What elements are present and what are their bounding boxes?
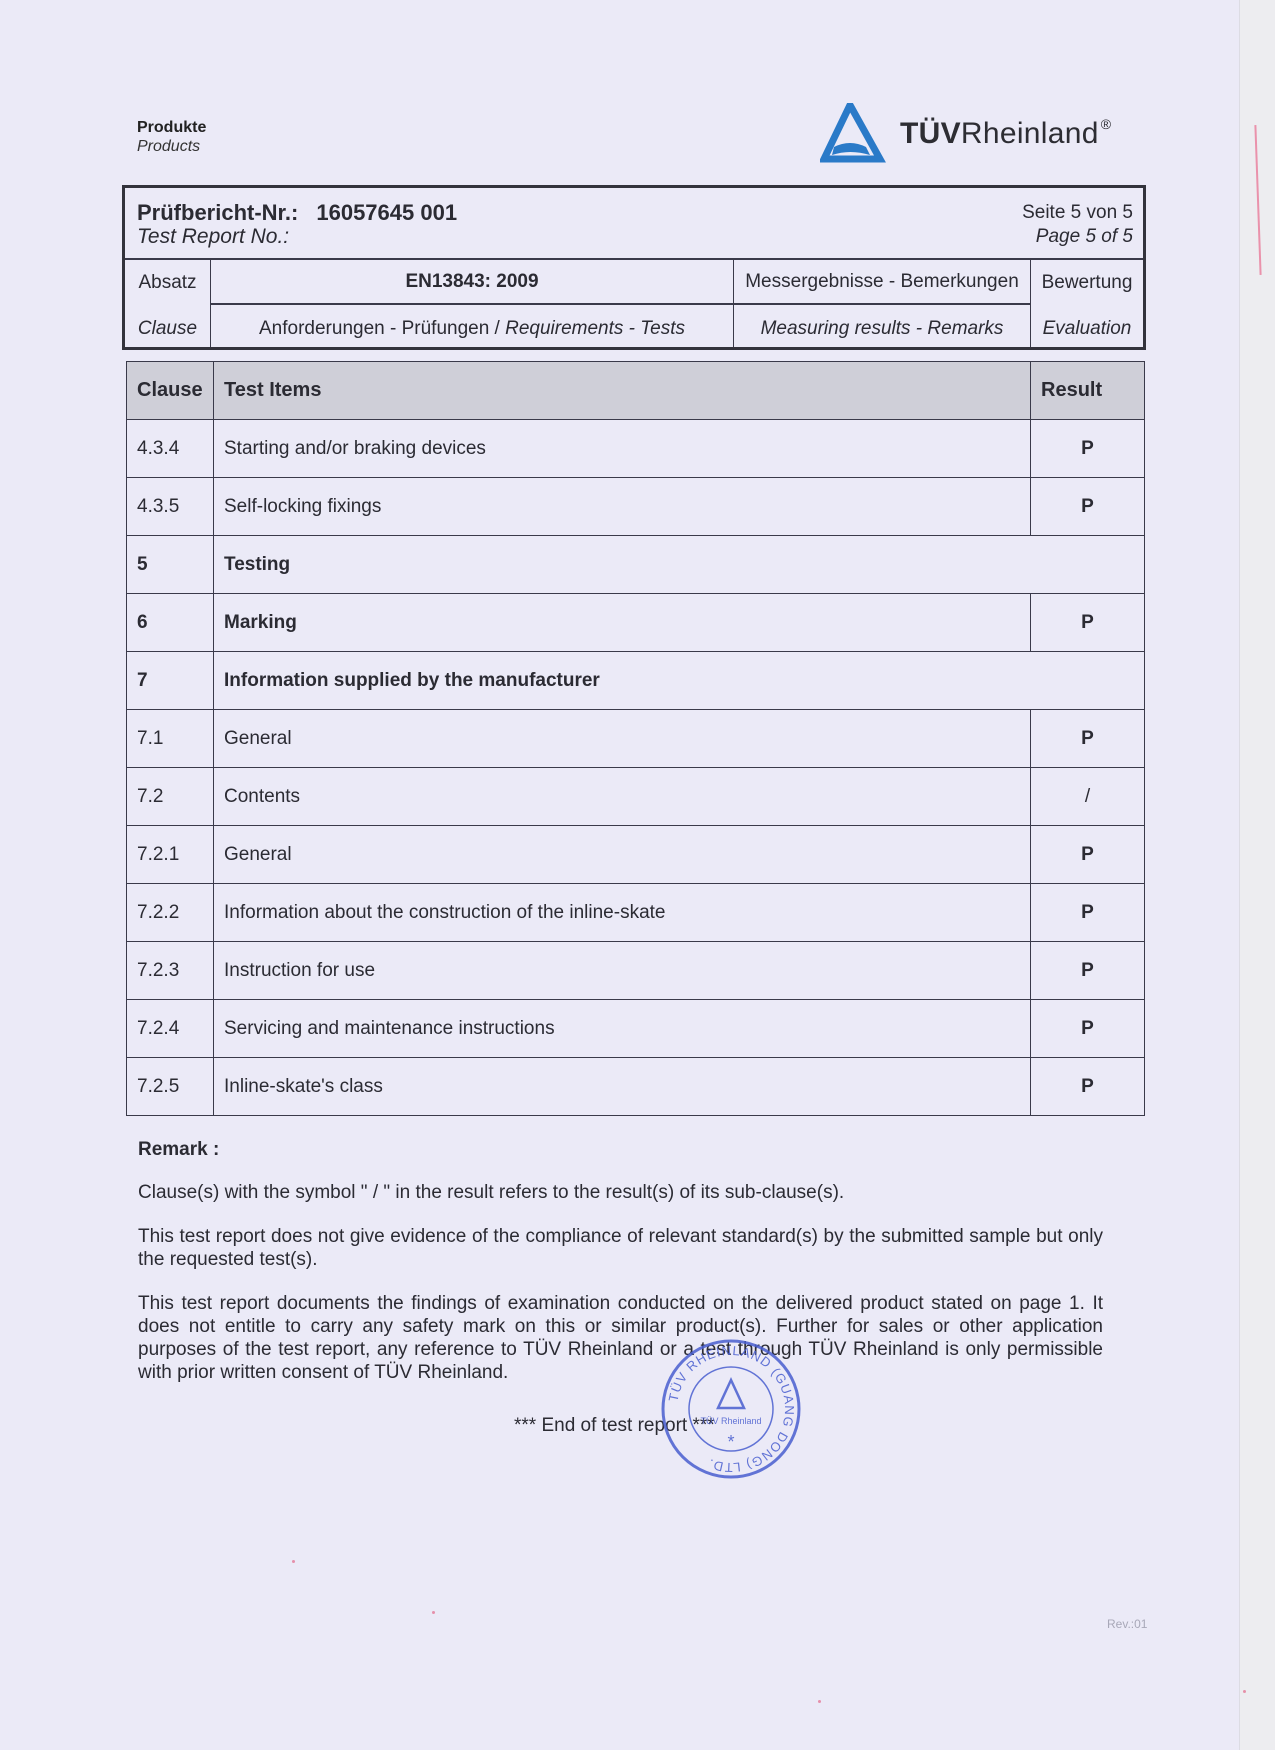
section-label-en: Products — [137, 137, 206, 156]
table-row: 7.1GeneralP — [127, 710, 1145, 768]
report-header: Prüfbericht-Nr.:16057645 001 Test Report… — [122, 185, 1146, 350]
result-cell: P — [1031, 420, 1145, 478]
standard-name: EN13843: 2009 — [211, 260, 733, 305]
clause-cell: 5 — [127, 536, 214, 594]
clause-cell: 7.2.4 — [127, 1000, 214, 1058]
clause-cell: 4.3.5 — [127, 478, 214, 536]
clause-cell: 7.2.3 — [127, 942, 214, 1000]
scan-speck — [432, 1611, 435, 1614]
logo-wordmark: TÜVRheinland® — [900, 116, 1111, 151]
remarks-title: Remark : — [138, 1138, 1103, 1161]
page-indicator-en: Page 5 of 5 — [1036, 226, 1133, 248]
report-number-label-en: Test Report No.: — [137, 225, 289, 249]
col-header-clause: Clause — [127, 362, 214, 420]
table-row: 7.2Contents/ — [127, 768, 1145, 826]
clause-cell: 7.2.2 — [127, 884, 214, 942]
remark-paragraph: This test report documents the findings … — [138, 1292, 1103, 1384]
report-number-label-de: Prüfbericht-Nr.:16057645 001 — [137, 200, 457, 226]
table-row: 7.2.1GeneralP — [127, 826, 1145, 884]
table-row: 5Testing — [127, 536, 1145, 594]
page-indicator-de: Seite 5 von 5 — [1022, 202, 1133, 224]
table-row: 7Information supplied by the manufacture… — [127, 652, 1145, 710]
clause-cell: 7 — [127, 652, 214, 710]
clause-cell: 7.2.1 — [127, 826, 214, 884]
test-item-cell: Testing — [214, 536, 1145, 594]
clause-header-de: Absatz — [125, 260, 210, 305]
clause-cell: 4.3.4 — [127, 420, 214, 478]
remark-paragraph: Clause(s) with the symbol " / " in the r… — [138, 1181, 1103, 1204]
test-results-table: Clause Test Items Result 4.3.4Starting a… — [126, 361, 1145, 1116]
scan-speck — [818, 1700, 821, 1703]
result-cell: P — [1031, 1058, 1145, 1116]
table-row: 7.2.3Instruction for useP — [127, 942, 1145, 1000]
result-cell: / — [1031, 768, 1145, 826]
table-row: 4.3.4Starting and/or braking devicesP — [127, 420, 1145, 478]
tuv-logo: TÜVRheinland® — [820, 103, 1111, 163]
test-item-cell: Information supplied by the manufacturer — [214, 652, 1145, 710]
svg-text:*: * — [727, 1432, 734, 1452]
evaluation-header-de: Bewertung — [1031, 260, 1143, 305]
remarks-section: Remark : Clause(s) with the symbol " / "… — [138, 1138, 1103, 1405]
revision-label: Rev.:01 — [1107, 1617, 1147, 1631]
table-row: 7.2.4Servicing and maintenance instructi… — [127, 1000, 1145, 1058]
page-edge — [1239, 0, 1275, 1750]
col-header-result: Result — [1031, 362, 1145, 420]
scan-speck — [1243, 1690, 1246, 1693]
section-label: Produkte Products — [137, 118, 206, 156]
result-cell: P — [1031, 826, 1145, 884]
result-cell: P — [1031, 942, 1145, 1000]
table-row: 6MarkingP — [127, 594, 1145, 652]
results-header-en: Measuring results - Remarks — [734, 306, 1030, 351]
test-item-cell: General — [214, 826, 1031, 884]
test-item-cell: Marking — [214, 594, 1031, 652]
requirements-header: Anforderungen - Prüfungen / Requirements… — [211, 306, 733, 351]
table-row: 4.3.5Self-locking fixingsP — [127, 478, 1145, 536]
clause-cell: 7.2 — [127, 768, 214, 826]
clause-header-en: Clause — [125, 306, 210, 351]
table-header-row: Clause Test Items Result — [127, 362, 1145, 420]
report-number: 16057645 001 — [316, 200, 457, 225]
table-row: 7.2.2Information about the construction … — [127, 884, 1145, 942]
table-row: 7.2.5Inline-skate's classP — [127, 1058, 1145, 1116]
test-item-cell: Information about the construction of th… — [214, 884, 1031, 942]
test-item-cell: Instruction for use — [214, 942, 1031, 1000]
clause-cell: 6 — [127, 594, 214, 652]
company-seal-icon: TÜV RHEINLAND (GUANG DONG) LTD. TÜV Rhei… — [660, 1338, 802, 1480]
svg-text:TÜV Rheinland: TÜV Rheinland — [700, 1416, 761, 1426]
scan-speck — [292, 1560, 295, 1563]
result-cell: P — [1031, 478, 1145, 536]
remark-paragraph: This test report does not give evidence … — [138, 1225, 1103, 1271]
clause-cell: 7.2.5 — [127, 1058, 214, 1116]
col-header-test-items: Test Items — [214, 362, 1031, 420]
result-cell: P — [1031, 1000, 1145, 1058]
test-item-cell: Self-locking fixings — [214, 478, 1031, 536]
test-item-cell: Servicing and maintenance instructions — [214, 1000, 1031, 1058]
result-cell: P — [1031, 594, 1145, 652]
test-item-cell: Starting and/or braking devices — [214, 420, 1031, 478]
results-header-de: Messergebnisse - Bemerkungen — [734, 260, 1030, 305]
evaluation-header-en: Evaluation — [1031, 306, 1143, 351]
section-label-de: Produkte — [137, 118, 206, 137]
test-item-cell: Inline-skate's class — [214, 1058, 1031, 1116]
test-item-cell: General — [214, 710, 1031, 768]
tuv-triangle-icon — [820, 103, 886, 163]
clause-cell: 7.1 — [127, 710, 214, 768]
test-item-cell: Contents — [214, 768, 1031, 826]
result-cell: P — [1031, 884, 1145, 942]
result-cell: P — [1031, 710, 1145, 768]
